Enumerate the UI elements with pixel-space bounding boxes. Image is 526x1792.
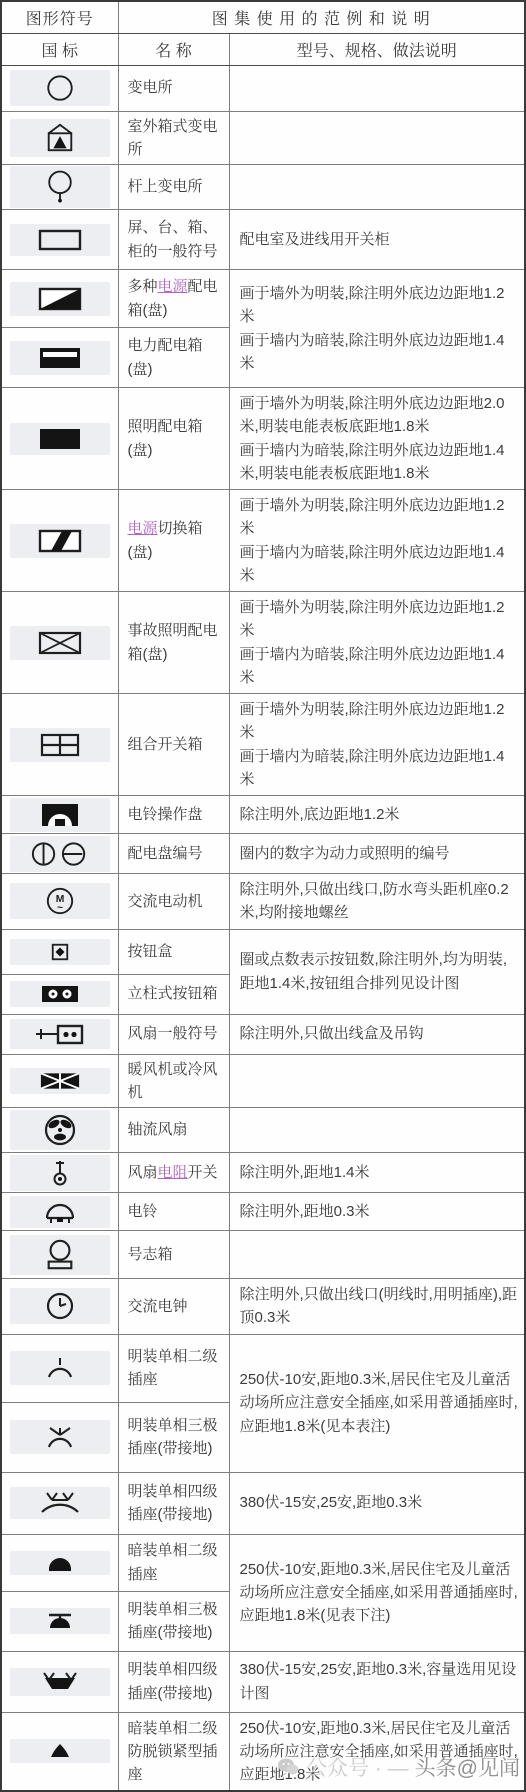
symbol-band bbox=[10, 119, 110, 157]
symbol-cell bbox=[1, 796, 118, 834]
symbol-name-text: 明装单相二级插座 bbox=[128, 1348, 218, 1388]
symbol-band bbox=[10, 166, 110, 208]
symbol-name-text: 屏、台、箱、柜的一般符号 bbox=[128, 219, 218, 259]
table-title: 图 集 使 用 的 范 例 和 说 明 bbox=[118, 1, 525, 33]
symbol-name-text: 配电盘编号 bbox=[128, 845, 203, 862]
symbol-name-text: 轴流风扇 bbox=[128, 1121, 188, 1138]
socket-3pin-grounded-icon bbox=[45, 1611, 75, 1631]
symbol-cell bbox=[1, 1231, 118, 1279]
spec-cell: 除注明外,距地1.4米 bbox=[229, 1153, 525, 1193]
symbol-band bbox=[10, 1551, 110, 1575]
table-row: 照明配电箱(盘) 画于墙外为明装,除注明外底边边距地2.0米,明装电能表板底距地… bbox=[1, 388, 525, 490]
symbol-name-text: 明装单相三极插座(带接地) bbox=[128, 1601, 218, 1641]
symbol-band bbox=[10, 1235, 110, 1275]
symbol-band bbox=[10, 423, 110, 455]
table-row: 暗装单相二级防脱锁紧型插座 250伏-10安,距地0.3米,居民住宅及儿童活动场… bbox=[1, 1712, 525, 1791]
symbol-cell bbox=[1, 270, 118, 328]
spec-cell: 除注明外,只做出线口(明线时,用明插座),距顶0.3米 bbox=[229, 1279, 525, 1335]
pole-substation-icon bbox=[45, 169, 75, 205]
name-cell: 室外箱式变电所 bbox=[118, 111, 229, 165]
table-row: 屏、台、箱、柜的一般符号 配电室及进线用开关柜 bbox=[1, 210, 525, 270]
column-button-box-icon bbox=[40, 984, 80, 1004]
name-cell: 明装单相三极插座(带接地) bbox=[118, 1591, 229, 1651]
col-header-symbol: 图形符号 bbox=[1, 1, 118, 33]
spec-cell: 除注明外,只做出线盒及吊钩 bbox=[229, 1014, 525, 1054]
spec-cell bbox=[229, 1231, 525, 1279]
name-cell: 轴流风扇 bbox=[118, 1108, 229, 1153]
symbol-band bbox=[10, 1068, 110, 1094]
symbol-cell bbox=[1, 1108, 118, 1153]
symbol-name-text: 多种 bbox=[128, 278, 158, 295]
symbol-band bbox=[10, 798, 110, 832]
symbol-name-text: 风扇一般符号 bbox=[128, 1025, 218, 1042]
symbol-name-text: 照明配电箱(盘) bbox=[128, 418, 203, 458]
spec-cell: 画于墙外为明装,除注明外底边边距地2.0米,明装电能表板底距地1.8米 画于墙内… bbox=[229, 388, 525, 490]
symbol-name-text: 组合开关箱 bbox=[128, 736, 203, 753]
symbol-name-text: 明装单相三极插座(带接地) bbox=[128, 1417, 218, 1457]
signal-box-icon bbox=[43, 1238, 77, 1272]
button-box-icon bbox=[50, 942, 70, 962]
spec-cell: 画于墙外为明装,除注明外底边边距地1.2米 画于墙内为暗装,除注明外底边边距地1… bbox=[229, 592, 525, 694]
term-link[interactable]: 电源 bbox=[128, 520, 158, 537]
spec-cell bbox=[229, 65, 525, 111]
name-cell: 暗装单相二级插座 bbox=[118, 1534, 229, 1591]
multi-source-distribution-box-icon bbox=[36, 285, 84, 313]
name-cell: 暗装单相二级防脱锁紧型插座 bbox=[118, 1712, 229, 1791]
name-cell: 明装单相二级插座 bbox=[118, 1334, 229, 1402]
table-row: 明装单相四级插座(带接地) 380伏-15安,25安,距地0.3米,容量选用见设… bbox=[1, 1651, 525, 1712]
socket-4pin-grounded-icon bbox=[38, 1671, 82, 1693]
name-cell: 电源切换箱(盘) bbox=[118, 490, 229, 592]
name-cell: 明装单相四级插座(带接地) bbox=[118, 1651, 229, 1712]
symbol-name-text: 电铃 bbox=[128, 1203, 158, 1220]
col-header-spec: 型号、规格、做法说明 bbox=[229, 33, 525, 65]
symbol-name-text: 交流电动机 bbox=[128, 893, 203, 910]
symbol-cell bbox=[1, 929, 118, 974]
table-row: 风扇一般符号 除注明外,只做出线盒及吊钩 bbox=[1, 1014, 525, 1054]
table-row: 组合开关箱 画于墙外为明装,除注明外底边边距地1.2米 画于墙内为暗装,除注明外… bbox=[1, 694, 525, 796]
table-row: 电源切换箱(盘) 画于墙外为明装,除注明外底边边距地1.2米 画于墙内为暗装,除… bbox=[1, 490, 525, 592]
spec-cell: 画于墙外为明装,除注明外底边边距地1.2米 画于墙内为暗装,除注明外底边边距地1… bbox=[229, 490, 525, 592]
spec-cell-merged: 圈或点数表示按钮数,除注明外,均为明装,距地1.4米,按钮组合排列见设计图 bbox=[229, 929, 525, 1014]
name-cell: 照明配电箱(盘) bbox=[118, 388, 229, 490]
term-link[interactable]: 电阻 bbox=[158, 1164, 188, 1181]
table-row: 明装单相二级插座 250伏-10安,距地0.3米,居民住宅及儿童活动场所应注意安… bbox=[1, 1334, 525, 1402]
name-cell: 交流电钟 bbox=[118, 1279, 229, 1335]
combined-switch-box-icon bbox=[38, 731, 82, 759]
name-cell: 风扇电阻开关 bbox=[118, 1153, 229, 1193]
symbol-cell bbox=[1, 1651, 118, 1712]
name-cell: 电力配电箱(盘) bbox=[118, 328, 229, 388]
symbol-band bbox=[10, 282, 110, 316]
symbol-cell bbox=[1, 1014, 118, 1054]
name-cell: 事故照明配电箱(盘) bbox=[118, 592, 229, 694]
bell-operation-panel-icon bbox=[38, 801, 82, 829]
symbol-band bbox=[10, 1668, 110, 1696]
table-row: 交流电钟 除注明外,只做出线口(明线时,用明插座),距顶0.3米 bbox=[1, 1279, 525, 1335]
symbol-band bbox=[10, 939, 110, 965]
symbol-cell bbox=[1, 1472, 118, 1534]
symbol-cell bbox=[1, 65, 118, 111]
name-cell: 配电盘编号 bbox=[118, 834, 229, 874]
power-distribution-box-icon bbox=[36, 344, 84, 372]
symbol-name-text: 杆上变电所 bbox=[128, 178, 203, 195]
table-row: 按钮盒 圈或点数表示按钮数,除注明外,均为明装,距地1.4米,按钮组合排列见设计… bbox=[1, 929, 525, 974]
symbol-band bbox=[10, 1487, 110, 1519]
name-cell: 变电所 bbox=[118, 65, 229, 111]
fan-symbol-icon bbox=[34, 1022, 86, 1046]
spec-cell bbox=[229, 111, 525, 165]
symbol-band bbox=[10, 70, 110, 106]
spec-cell-merged: 画于墙外为明装,除注明外底边边距地1.2米 画于墙内为暗装,除注明外底边边距地1… bbox=[229, 270, 525, 388]
symbol-name-text: 立柱式按钮箱 bbox=[128, 985, 218, 1002]
table-row: 电铃操作盘 除注明外,底边距地1.2米 bbox=[1, 796, 525, 834]
panel-rect-icon bbox=[36, 227, 84, 253]
symbol-band bbox=[10, 1110, 110, 1150]
spec-cell: 圈内的数字为动力或照明的编号 bbox=[229, 834, 525, 874]
table-row: 多种电源配电箱(盘) 画于墙外为明装,除注明外底边边距地1.2米 画于墙内为暗装… bbox=[1, 270, 525, 328]
name-cell: 暖风机或冷风机 bbox=[118, 1054, 229, 1108]
symbol-band bbox=[10, 1608, 110, 1634]
spec-cell: 画于墙外为明装,除注明外底边边距地1.2米 画于墙内为暗装,除注明外底边边距地1… bbox=[229, 694, 525, 796]
name-cell: 明装单相三极插座(带接地) bbox=[118, 1402, 229, 1472]
symbol-band bbox=[10, 1739, 110, 1763]
spec-cell: 250伏-10安,距地0.3米,居民住宅及儿童活动场所应注意安全插座,如采用普通… bbox=[229, 1712, 525, 1791]
symbol-name-text: 事故照明配电箱(盘) bbox=[128, 622, 218, 662]
symbol-cell bbox=[1, 1712, 118, 1791]
symbol-name-text: 室外箱式变电所 bbox=[128, 118, 218, 158]
table-row: 变电所 bbox=[1, 65, 525, 111]
table-row: 杆上变电所 bbox=[1, 165, 525, 210]
symbol-cell bbox=[1, 1054, 118, 1108]
symbol-name-text: 开关 bbox=[188, 1164, 218, 1181]
spec-cell: 除注明外,底边距地1.2米 bbox=[229, 796, 525, 834]
term-link[interactable]: 电源 bbox=[158, 278, 188, 295]
name-cell: 号志箱 bbox=[118, 1231, 229, 1279]
symbol-cell bbox=[1, 1402, 118, 1472]
symbol-name-text: 暖风机或冷风机 bbox=[128, 1061, 218, 1101]
table-row: 配电盘编号 圈内的数字为动力或照明的编号 bbox=[1, 834, 525, 874]
axial-fan-icon bbox=[43, 1113, 77, 1147]
fan-resistor-switch-icon bbox=[50, 1158, 70, 1188]
panel-number-icon bbox=[29, 839, 91, 869]
spec-cell bbox=[229, 1108, 525, 1153]
symbol-name-text: 交流电钟 bbox=[128, 1298, 188, 1315]
table-row: 室外箱式变电所 bbox=[1, 111, 525, 165]
electrical-symbol-table: 图形符号 图 集 使 用 的 范 例 和 说 明 国 标 名 称 型号、规格、做… bbox=[0, 0, 526, 1792]
symbol-name-text: 号志箱 bbox=[128, 1246, 173, 1263]
symbol-cell bbox=[1, 165, 118, 210]
substation-circle-icon bbox=[45, 73, 75, 103]
source-switch-box-icon bbox=[36, 527, 84, 555]
symbol-name-text: 电力配电箱(盘) bbox=[128, 337, 203, 377]
symbol-cell bbox=[1, 388, 118, 490]
symbol-band bbox=[10, 224, 110, 256]
symbol-band bbox=[10, 1196, 110, 1228]
table-row: 轴流风扇 bbox=[1, 1108, 525, 1153]
symbol-name-text: 明装单相四级插座(带接地) bbox=[128, 1483, 218, 1523]
symbol-cell bbox=[1, 111, 118, 165]
symbol-band bbox=[10, 981, 110, 1007]
name-cell: 风扇一般符号 bbox=[118, 1014, 229, 1054]
symbol-cell bbox=[1, 592, 118, 694]
table-row: 事故照明配电箱(盘) 画于墙外为明装,除注明外底边边距地1.2米 画于墙内为暗装… bbox=[1, 592, 525, 694]
symbol-band: M ~ bbox=[10, 883, 110, 919]
ac-motor-icon: M ~ bbox=[45, 886, 75, 916]
symbol-band bbox=[10, 626, 110, 660]
name-cell: 交流电动机 bbox=[118, 874, 229, 930]
spec-cell bbox=[229, 1054, 525, 1108]
name-cell: 立柱式按钮箱 bbox=[118, 974, 229, 1014]
spec-cell: 380伏-15安,25安,距地0.3米 bbox=[229, 1472, 525, 1534]
symbol-cell bbox=[1, 1193, 118, 1231]
spec-cell bbox=[229, 165, 525, 210]
name-cell: 电铃操作盘 bbox=[118, 796, 229, 834]
name-cell: 杆上变电所 bbox=[118, 165, 229, 210]
table-row: M ~ 交流电动机 除注明外,只做出线口,防水弯头距机座0.2米,均附接地螺丝 bbox=[1, 874, 525, 930]
symbol-cell bbox=[1, 328, 118, 388]
symbol-name-text: 变电所 bbox=[128, 79, 173, 96]
table-row: 电铃 除注明外,距地0.3米 bbox=[1, 1193, 525, 1231]
ac-clock-icon bbox=[45, 1291, 75, 1321]
symbol-band bbox=[10, 1420, 110, 1454]
col-header-name: 名 称 bbox=[118, 33, 229, 65]
symbol-cell bbox=[1, 834, 118, 874]
name-cell: 明装单相四级插座(带接地) bbox=[118, 1472, 229, 1534]
symbol-cell bbox=[1, 1591, 118, 1651]
outdoor-box-substation-icon bbox=[44, 122, 76, 154]
symbol-cell bbox=[1, 1534, 118, 1591]
symbol-cell bbox=[1, 1334, 118, 1402]
table-row: 暗装单相二级插座 250伏-10安,距地0.3米,居民住宅及儿童活动场所应注意安… bbox=[1, 1534, 525, 1591]
symbol-band bbox=[10, 728, 110, 762]
spec-cell: 380伏-15安,25安,距地0.3米,容量选用见设计图 bbox=[229, 1651, 525, 1712]
spec-cell: 配电室及进线用开关柜 bbox=[229, 210, 525, 270]
table-row: 明装单相四级插座(带接地) 380伏-15安,25安,距地0.3米 bbox=[1, 1472, 525, 1534]
symbol-band bbox=[10, 1288, 110, 1324]
surface-socket-2pin-icon bbox=[42, 1354, 78, 1382]
name-cell: 屏、台、箱、柜的一般符号 bbox=[118, 210, 229, 270]
symbol-cell bbox=[1, 974, 118, 1014]
table-row: 风扇电阻开关 除注明外,距地1.4米 bbox=[1, 1153, 525, 1193]
symbol-name-text: 暗装单相二级插座 bbox=[128, 1542, 218, 1582]
name-cell: 按钮盒 bbox=[118, 929, 229, 974]
spec-cell-merged: 250伏-10安,距地0.3米,居民住宅及儿童活动场所应注意安全插座,如采用普通… bbox=[229, 1334, 525, 1472]
surface-socket-4pin-icon bbox=[37, 1490, 83, 1516]
surface-socket-3pin-icon bbox=[41, 1423, 79, 1451]
symbol-name-text: 明装单相四级插座(带接地) bbox=[128, 1661, 218, 1701]
table-title-row: 图形符号 图 集 使 用 的 范 例 和 说 明 bbox=[1, 1, 525, 33]
electric-bell-icon bbox=[42, 1199, 78, 1225]
spec-cell: 除注明外,只做出线口,防水弯头距机座0.2米,均附接地螺丝 bbox=[229, 874, 525, 930]
symbol-band bbox=[10, 1019, 110, 1049]
table-row: 号志箱 bbox=[1, 1231, 525, 1279]
symbol-name-text: 按钮盒 bbox=[128, 943, 173, 960]
symbol-cell bbox=[1, 1153, 118, 1193]
symbol-reference-page: 图形符号 图 集 使 用 的 范 例 和 说 明 国 标 名 称 型号、规格、做… bbox=[0, 0, 526, 1792]
heater-fan-icon bbox=[39, 1071, 81, 1091]
symbol-band bbox=[10, 1351, 110, 1385]
symbol-cell: M ~ bbox=[1, 874, 118, 930]
name-cell: 电铃 bbox=[118, 1193, 229, 1231]
name-cell: 多种电源配电箱(盘) bbox=[118, 270, 229, 328]
symbol-cell bbox=[1, 694, 118, 796]
symbol-band bbox=[10, 836, 110, 872]
name-cell: 组合开关箱 bbox=[118, 694, 229, 796]
symbol-cell bbox=[1, 210, 118, 270]
symbol-name-text: 风扇 bbox=[128, 1164, 158, 1181]
symbol-name-text: 电铃操作盘 bbox=[128, 806, 203, 823]
spec-cell: 除注明外,距地0.3米 bbox=[229, 1193, 525, 1231]
symbol-band bbox=[10, 1155, 110, 1191]
symbol-band bbox=[10, 524, 110, 558]
emergency-lighting-box-icon bbox=[36, 629, 84, 657]
col-header-gb: 国 标 bbox=[1, 33, 118, 65]
motor-wave: ~ bbox=[57, 903, 63, 914]
symbol-cell bbox=[1, 1279, 118, 1335]
table-row: 暖风机或冷风机 bbox=[1, 1054, 525, 1108]
locking-socket-icon bbox=[46, 1742, 74, 1760]
concealed-socket-2pin-icon bbox=[45, 1554, 75, 1572]
symbol-name-text: 暗装单相二级防脱锁紧型插座 bbox=[128, 1720, 218, 1784]
spec-cell-merged: 250伏-10安,距地0.3米,居民住宅及儿童活动场所应注意安全插座,如采用普通… bbox=[229, 1534, 525, 1651]
column-header-row: 国 标 名 称 型号、规格、做法说明 bbox=[1, 33, 525, 65]
lighting-distribution-box-icon bbox=[36, 426, 84, 452]
symbol-cell bbox=[1, 490, 118, 592]
symbol-band bbox=[10, 341, 110, 375]
